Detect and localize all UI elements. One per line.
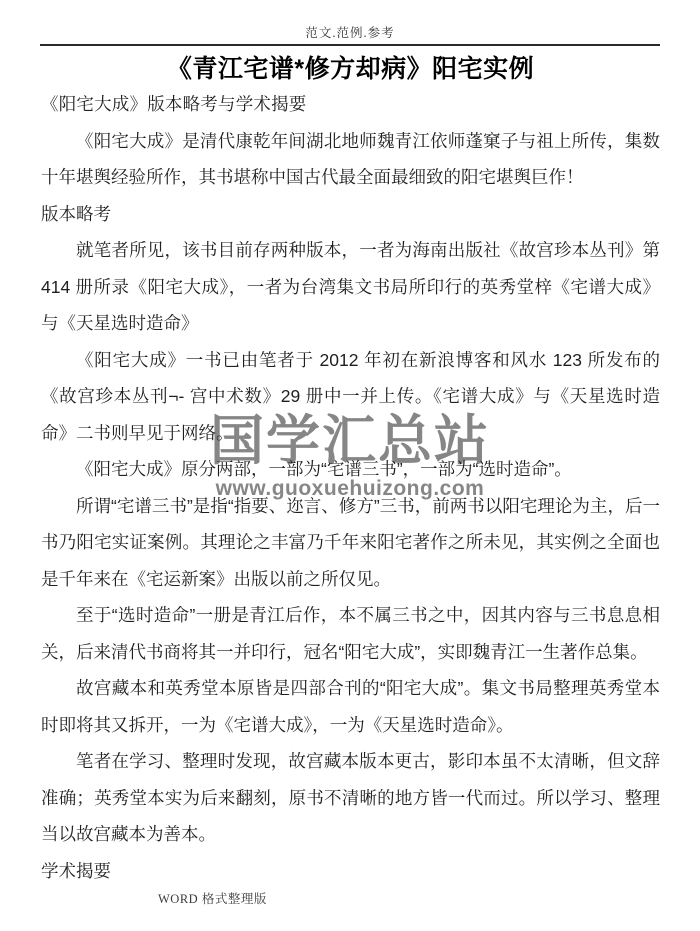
document-body: 《青江宅谱*修方却病》阳宅实例 《阳宅大成》版本略考与学术揭要 《阳宅大成》是清… bbox=[41, 44, 660, 889]
paragraph-two-parts: 《阳宅大成》原分两部，一部为“宅谱三书”，一部为“选时造命”。 bbox=[41, 451, 660, 488]
footer-text: WORD 格式整理版 bbox=[158, 892, 267, 906]
doc-subtitle: 《阳宅大成》版本略考与学术揭要 bbox=[41, 86, 660, 123]
page-header: 范文.范例.参考 bbox=[40, 0, 660, 46]
paragraph-three-books: 所谓“宅谱三书”是指“指要、迩言、修方”三书，前两书以阳宅理论为主，后一书乃阳宅… bbox=[41, 488, 660, 598]
paragraph-editions: 就笔者所见，该书目前存两种版本，一者为海南出版社《故宫珍本丛刊》第 414 册所… bbox=[41, 232, 660, 342]
paragraph-comparison: 笔者在学习、整理时发现，故宫藏本版本更古，影印本虽不太清晰，但文辞准确；英秀堂本… bbox=[41, 743, 660, 853]
section-heading-banben: 版本略考 bbox=[41, 196, 660, 233]
document-title: 《青江宅谱*修方却病》阳宅实例 bbox=[41, 52, 660, 86]
document-page: 范文.范例.参考 国学汇总站 www.guoxuehuizong.com 《青江… bbox=[0, 0, 700, 931]
page-footer: WORD 格式整理版 bbox=[0, 889, 700, 907]
paragraph-combined-print: 故宫藏本和英秀堂本原皆是四部合刊的“阳宅大成”。集文书局整理英秀堂本时即将其又拆… bbox=[41, 670, 660, 743]
paragraph-xuanshi: 至于“选时造命”一册是青江后作，本不属三书之中，因其内容与三书息息相关，后来清代… bbox=[41, 597, 660, 670]
section-heading-xueshu: 学术揭要 bbox=[41, 853, 660, 890]
header-text: 范文.范例.参考 bbox=[305, 23, 394, 41]
paragraph-intro: 《阳宅大成》是清代康乾年间湖北地师魏青江依师蓬窠子与祖上所传，集数十年堪舆经验所… bbox=[41, 123, 660, 196]
paragraph-upload: 《阳宅大成》一书已由笔者于 2012 年初在新浪博客和风水 123 所发布的《故… bbox=[41, 342, 660, 452]
